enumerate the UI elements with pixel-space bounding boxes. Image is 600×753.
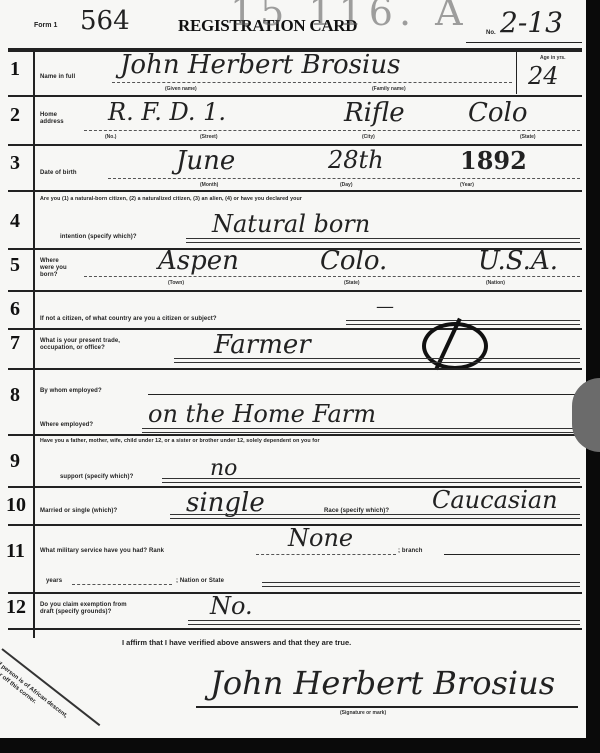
foreign-citizen-question: If not a citizen, of what country are yo… [40, 316, 217, 322]
row-number: 1 [6, 58, 24, 81]
military-service-label: What military service have you had? Rank [40, 548, 164, 554]
citizenship-value: Natural born [212, 210, 370, 238]
caption: (Given name) [165, 86, 197, 92]
stamp-overlay: 15 116. A [230, 0, 469, 34]
citizenship-question: Are you (1) a natural-born citizen, (2) … [40, 196, 302, 202]
birthplace-nation-value: U.S.A. [478, 246, 558, 276]
row-number: 6 [6, 298, 24, 321]
registration-card: Form 1 564 REGISTRATION CARD 15 116. A N… [0, 0, 586, 738]
row-number: 8 [6, 384, 24, 407]
form-label: Form 1 [34, 22, 57, 29]
serial-number: 2-13 [500, 6, 563, 39]
citizenship-question-2: intention (specify which)? [60, 234, 137, 240]
branch-label: ; branch [398, 548, 422, 554]
caption: (State) [344, 280, 360, 286]
work-location-value: on the Home Farm [148, 400, 376, 428]
employer-label: By whom employed? [40, 388, 102, 394]
caption: (Town) [168, 280, 184, 286]
row-number-divider [33, 50, 35, 638]
signature-caption: (Signature or mark) [340, 710, 386, 716]
foreign-citizen-value: — [376, 296, 394, 317]
race-value: Caucasian [432, 486, 558, 514]
dependents-question-2: support (specify which)? [60, 474, 133, 480]
caption: (Nation) [486, 280, 505, 286]
exemption-value: No. [210, 592, 253, 620]
military-rank-value: None [288, 524, 353, 552]
caption: (Street) [200, 134, 218, 140]
address-label: Home address [40, 112, 70, 126]
caption: (No.) [105, 134, 116, 140]
dependents-question: Have you a father, mother, wife, child u… [40, 438, 320, 444]
form-number: 564 [80, 6, 130, 36]
row-number: 10 [6, 494, 24, 517]
marital-status-label: Married or single (which)? [40, 508, 117, 514]
address-state-value: Colo [468, 98, 528, 128]
address-city-value: Rifle [344, 98, 405, 128]
row-number: 4 [6, 210, 24, 233]
affirmation-text: I affirm that I have verified above answ… [122, 638, 351, 647]
row-number: 11 [6, 540, 24, 563]
age-value: 24 [528, 62, 559, 90]
row-number: 5 [6, 254, 24, 277]
birthplace-town-value: Aspen [158, 246, 239, 276]
work-location-label: Where employed? [40, 422, 93, 428]
signature: John Herbert Brosius [210, 664, 555, 702]
row-number: 3 [6, 152, 24, 175]
caption: (Year) [460, 182, 474, 188]
dob-year-value: 1892 [460, 146, 527, 175]
caption: (City) [362, 134, 375, 140]
row-number: 7 [6, 332, 24, 355]
row-number: 12 [6, 596, 24, 619]
nation-state-label: ; Nation or State [176, 578, 224, 584]
name-value: John Herbert Brosius [120, 50, 400, 80]
dob-label: Date of birth [40, 170, 77, 176]
caption: (State) [520, 134, 536, 140]
dob-day-value: 28th [328, 146, 384, 174]
occupation-value: Farmer [214, 330, 311, 360]
caption: (Day) [340, 182, 353, 188]
serial-underline [466, 42, 582, 43]
dob-month-value: June [176, 146, 235, 176]
name-label: Name in full [40, 74, 75, 80]
signature-line [196, 706, 578, 708]
birthplace-label: Where were you born? [40, 258, 74, 279]
exemption-label: Do you claim exemption from draft (speci… [40, 602, 140, 616]
caption: (Month) [200, 182, 218, 188]
serial-label: No. [486, 30, 496, 36]
years-label: years [46, 578, 62, 584]
address-no-value: R. F. D. 1. [108, 98, 226, 126]
row-number: 2 [6, 104, 24, 127]
age-label: Age in yrs. [540, 55, 566, 61]
row-number: 9 [6, 450, 24, 473]
caption: (Family name) [372, 86, 406, 92]
occupation-label: What is your present trade, occupation, … [40, 338, 130, 352]
birthplace-state-value: Colo. [320, 246, 387, 276]
